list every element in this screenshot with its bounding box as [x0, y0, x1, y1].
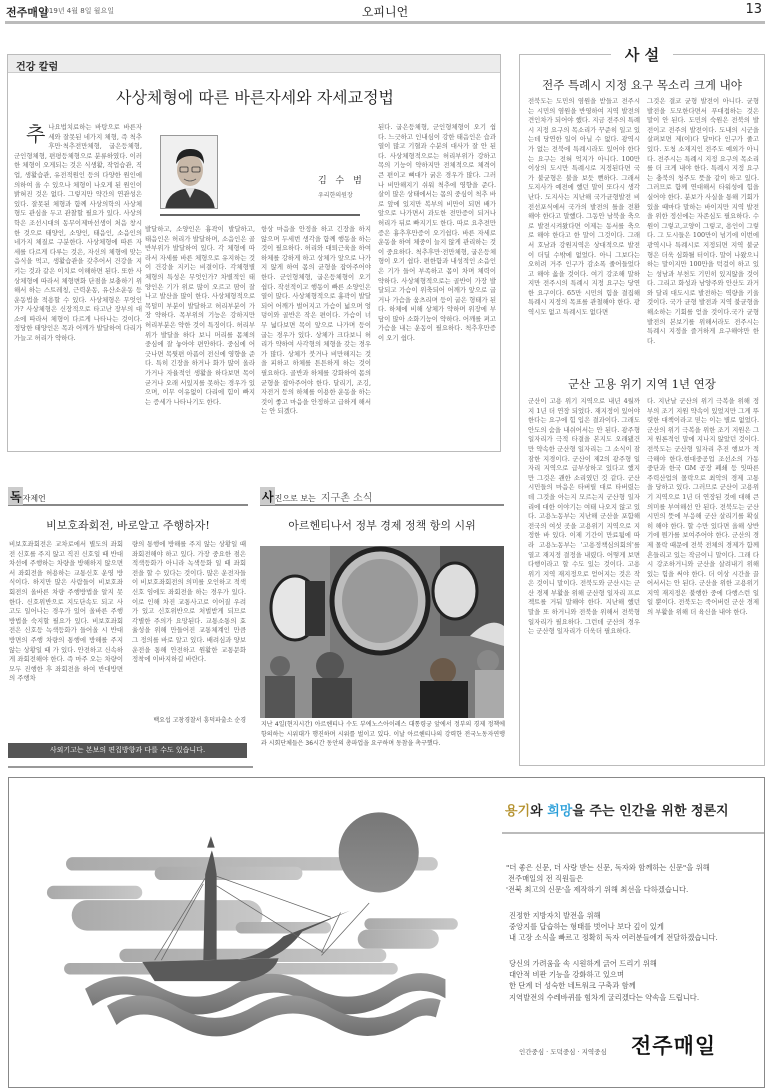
ad-paragraph-3: 당신의 가려움을 속 시원하게 긁어 드리기 위해 대안적 비판 기능을 강화하…: [506, 958, 699, 1003]
world-photo-title: 아르헨티나서 정부 경제 정책 항의 시위: [260, 517, 504, 533]
health-column: 건강 칼럼 사상체형에 따른 바른자세와 자세교정법 추나요법치료하는 바탕으로…: [7, 54, 501, 452]
ad-line: 내 고장 소식을 빠르고 정확히 독자 여러분들에게 전달하겠습니다.: [509, 932, 718, 943]
editorial-2-col-1: 군산이 고용 위기 지역으로 내년 4월까지 1년 더 연장 되었다. 재지정이…: [528, 397, 640, 759]
health-column-tab: 건강 칼럼: [8, 55, 500, 73]
ad-slogan: 인간중심 · 도덕중심 · 지역중심: [519, 1047, 607, 1056]
ad-headline-mid: 와: [530, 804, 547, 819]
editorial-2-col-2: 다. 지난날 군산의 위기 극복을 위해 정부의 조기 지원 약속이 있었지만 …: [647, 397, 759, 759]
health-col-1: 추나요법치료하는 바탕으로 바른자세와 잘못된 네가지 체형, 즉 척추후만·척…: [14, 123, 142, 449]
world-photo-rest-large: 지구촌 소식: [321, 493, 372, 504]
author-title: 우리한의원장: [318, 190, 353, 199]
ad-paragraph-1: "더 좋은 신문, 더 사랑 받는 신문, 독자와 함께하는 신문"을 위해 전…: [506, 862, 710, 896]
world-photo-rest-small: 진으로 보는: [275, 494, 316, 503]
world-photo-cap: 사: [260, 487, 275, 505]
disclaimer-banner: 사외기고는 본보의 편집방향과 다를 수도 있습니다.: [8, 743, 247, 758]
editorial-title-1: 전주 특례시 지정 요구 목소리 크게 내야: [520, 77, 764, 93]
ship-illustration: [10, 779, 490, 1086]
author-name: 김 수 범: [318, 173, 365, 186]
health-col-4: 된다. 굽은등체형, 군인형체형이 오기 쉽다. 느긋하고 인내심이 강한 태음…: [378, 123, 496, 449]
protest-photo: [260, 546, 504, 718]
section-title: 오피니언: [0, 3, 770, 20]
ad-line: 진정한 지방자치 발전을 위해: [509, 910, 718, 921]
world-photo-header: 사진으로 보는 지구촌 소식: [260, 486, 504, 506]
reader-col-1: 비보호좌회전은 교차로에서 별도의 좌회전 신호를 주지 않고 직진 신호일 때…: [9, 540, 123, 723]
ad-logo: 전주매일: [631, 1030, 716, 1060]
ship-pen-illustration-icon: [10, 779, 490, 1086]
portrait-rule: [160, 214, 360, 216]
dropcap: 추: [26, 125, 45, 143]
reader-section-rest: 자제언: [23, 494, 46, 503]
ad-line: 한 단계 더 성숙한 네트워크 구축과 함께: [509, 980, 699, 991]
health-column-label: 건강 칼럼: [16, 58, 58, 73]
ad-headline-blue: 희망: [547, 804, 572, 819]
reader-bottom-rule: [8, 766, 253, 768]
editorial-section: 전주 특례시 지정 요구 목소리 크게 내야 전북도는 도민의 염원을 받들고 …: [519, 54, 765, 766]
page-number: 13: [745, 2, 762, 17]
editorial-label: 사 설: [611, 44, 673, 65]
header-rule: [5, 21, 765, 24]
reader-byline: 백요섭 고창경찰서 흥덕파출소 순경: [132, 715, 246, 724]
author-portrait: [160, 135, 218, 209]
editorial-1-col-2: 그것은 결코 균형 발전이 아니다. 균형 발전을 도모한다면서 푸대접하는 것…: [647, 97, 759, 397]
ad-line: 중앙지를 답습하는 형태를 벗어나 보다 깊이 있게: [509, 921, 718, 932]
protest-drum-photo-icon: [260, 546, 504, 718]
health-col-1-text: 나요법치료하는 바탕으로 바른자세와 잘못된 네가지 체형, 즉 척추후만·척추…: [14, 123, 142, 342]
ad-line: 전주매일의 전 직원들은: [506, 873, 710, 884]
health-column-title: 사상체형에 따른 바른자세와 자세교정법: [8, 85, 502, 108]
ad-headline-gold: 용기: [505, 804, 530, 819]
ad-headline: 용기와 희망을 주는 인간을 위한 정론지: [505, 800, 729, 819]
photo-caption: 지난 4일(현지시간) 아르헨티나 수도 부에노스아이레스 대통령궁 앞에서 정…: [261, 720, 505, 749]
ad-line: '전북 최고의 신문'을 제작하기 위해 최선을 다하겠습니다.: [506, 884, 710, 895]
reader-title: 비보호좌회전, 바로알고 주행하자!: [8, 517, 248, 533]
reader-col-2: 량의 통행에 방해를 주지 않는 상황일 때 좌회전해야 하고 있다. 가장 중…: [132, 540, 246, 712]
ad-line: "더 좋은 신문, 더 사랑 받는 신문, 독자와 함께하는 신문"을 위해: [506, 862, 710, 873]
editorial-title-2: 군산 고용 위기 지역 1년 연장: [520, 376, 764, 392]
reader-section-cap: 독: [8, 487, 23, 505]
health-col-3: 항상 마음을 안정을 하고 긴장을 하지 않으며 두세번 생각을 함께 행동을 …: [261, 225, 371, 449]
ad-line: 대안적 비판 기능을 강화하고 있으며: [509, 969, 699, 980]
ad-headline-rest: 을 주는 인간을 위한 정론지: [572, 804, 728, 819]
ad-paragraph-2: 진정한 지방자치 발전을 위해 중앙지를 답습하는 형태를 벗어나 보다 깊이 …: [506, 910, 718, 944]
editorial-label-wrap: 사 설: [519, 44, 765, 65]
reader-section-header: 독자제언: [8, 486, 248, 506]
ad-line: 지역발전의 수레바퀴를 힘차게 굴리겠다는 약속을 드립니다.: [509, 992, 699, 1003]
person-photo-icon: [161, 136, 218, 209]
health-col-2: 발달하고, 소양인은 흉곽이 발달하고, 태음인은 허리가 발달하며, 소음인은…: [145, 225, 255, 449]
ad-headline-rule: [502, 832, 764, 834]
ad-line: 당신의 가려움을 속 시원하게 긁어 드리기 위해: [509, 958, 699, 969]
editorial-1-col-1: 전북도는 도민의 염원을 받들고 전주시는 시민의 염원을 반영하여 지역 발전…: [528, 97, 640, 397]
